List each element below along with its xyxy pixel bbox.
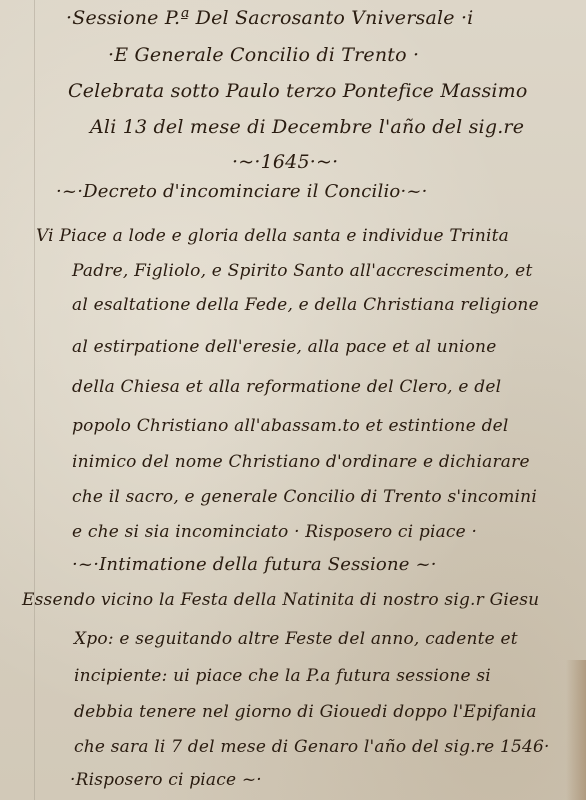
manuscript-page: ·Sessione P.ª Del Sacrosanto Vniversale … [0, 0, 586, 800]
intimation-line: che sara li 7 del mese di Genaro l'año d… [74, 735, 550, 759]
decree-line: inimico del nome Christiano d'ordinare e… [72, 450, 530, 474]
decree-title: ·~·Decreto d'incominciare il Concilio·~· [56, 180, 428, 204]
intimation-line: incipiente: ui piace che la P.a futura s… [74, 664, 491, 688]
intimation-title: ·~·Intimatione della futura Sessione ~· [72, 553, 437, 577]
header-line-2: ·E Generale Concilio di Trento · [108, 43, 419, 67]
decree-line: al estirpatione dell'eresie, alla pace e… [72, 335, 496, 359]
decree-line: popolo Christiano all'abassam.to et esti… [72, 414, 509, 438]
header-line-3: Celebrata sotto Paulo terzo Pontefice Ma… [68, 79, 528, 103]
intimation-line: ·Risposero ci piace ~· [70, 768, 262, 792]
decree-line: al esaltatione della Fede, e della Chris… [72, 293, 539, 317]
header-line-1: ·Sessione P.ª Del Sacrosanto Vniversale … [66, 6, 473, 30]
header-line-4: Ali 13 del mese di Decembre l'año del si… [90, 115, 524, 139]
decree-line: Padre, Figliolo, e Spirito Santo all'acc… [72, 259, 532, 283]
decree-line: e che si sia incominciato · Risposero ci… [72, 520, 477, 544]
intimation-line: Xpo: e seguitando altre Feste del anno, … [74, 627, 518, 651]
paper-edge-stain [566, 660, 586, 800]
decree-line: che il sacro, e generale Concilio di Tre… [72, 485, 537, 509]
decree-line: Vi Piace a lode e gloria della santa e i… [36, 224, 509, 248]
header-date: ·~·1645·~· [232, 150, 338, 174]
paper-fold-line [34, 0, 35, 800]
intimation-line: debbia tenere nel giorno di Giouedi dopp… [74, 700, 537, 724]
intimation-line: Essendo vicino la Festa della Natinita d… [22, 588, 539, 612]
decree-line: della Chiesa et alla reformatione del Cl… [72, 375, 501, 399]
